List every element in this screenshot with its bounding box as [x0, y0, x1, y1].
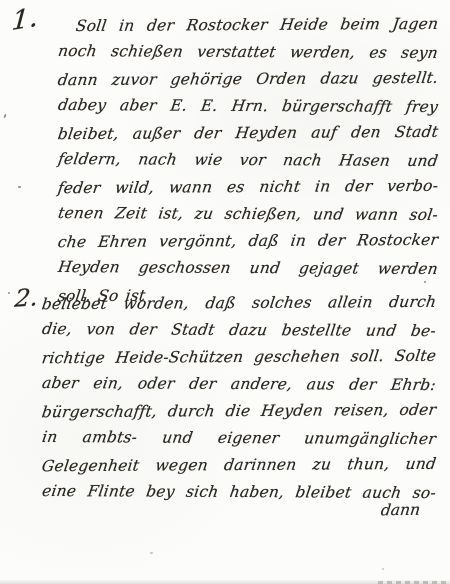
- paragraph-number-1: 1.: [11, 2, 40, 37]
- manuscript-line: Heyden geschossen und gejaget werden: [56, 254, 440, 283]
- manuscript-line: bleibet, außer der Heyden auf den Stadt: [56, 119, 440, 148]
- scan-speck: [18, 186, 21, 188]
- manuscript-line: dann zuvor gehörige Orden dazu gestellt.: [56, 65, 440, 94]
- manuscript-line: tenen Zeit ist, zu schießen, und wann so…: [56, 200, 440, 229]
- manuscript-line: aber ein, oder der andere, aus der Ehrb:: [40, 370, 438, 399]
- paragraph-number-2: 2.: [13, 283, 39, 313]
- manuscript-line: in ambts- und eigener unumgänglicher: [40, 424, 438, 453]
- manuscript-line: feder wild, wann es nicht in der verbo-: [56, 173, 440, 202]
- catchword: dann: [380, 501, 421, 520]
- manuscript-page: 1. Soll in der Rostocker Heide beim Jage…: [0, 0, 450, 584]
- manuscript-line: dabey aber E. E. Hrn. bürgerschafft frey: [56, 92, 440, 121]
- paragraph-2: beliebet worden, daß solches allein durc…: [42, 290, 436, 506]
- manuscript-line: che Ehren vergönnt, daß in der Rostocker: [56, 227, 440, 256]
- manuscript-line: noch schießen verstattet werden, es seyn: [56, 38, 440, 67]
- manuscript-line: die, von der Stadt dazu bestellte und be…: [40, 316, 438, 345]
- scan-speck: [150, 552, 153, 554]
- manuscript-line: Gelegenheit wegen darinnen zu thun, und: [40, 451, 438, 480]
- manuscript-line: Soll in der Rostocker Heide beim Jagen: [56, 11, 440, 40]
- manuscript-line: richtige Heide-Schützen geschehen soll. …: [40, 343, 438, 372]
- manuscript-line: feldern, nach wie vor nach Hasen und: [56, 146, 440, 175]
- manuscript-line: bürgerschafft, durch die Heyden reisen, …: [40, 397, 438, 426]
- paragraph-1: Soll in der Rostocker Heide beim Jagen n…: [58, 12, 438, 309]
- manuscript-line: beliebet worden, daß solches allein durc…: [40, 289, 438, 318]
- scan-speck: [382, 568, 384, 570]
- scan-speck: [3, 114, 6, 118]
- manuscript-line: eine Flinte bey sich haben, bleibet auch…: [40, 478, 438, 507]
- scan-speck: [424, 281, 426, 283]
- scan-speck: [8, 292, 10, 294]
